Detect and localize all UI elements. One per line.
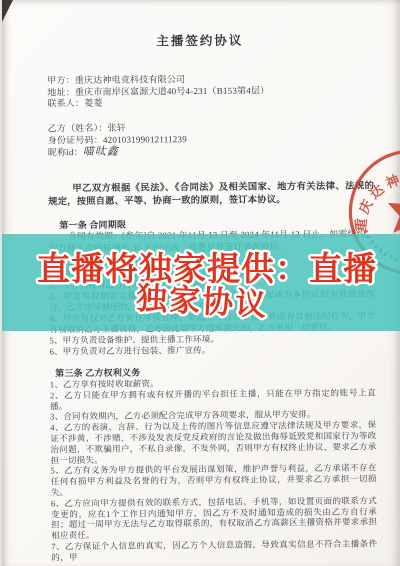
contract-title: 主播签约协议 <box>0 34 400 48</box>
watermark-text: 直播将独家提供：直播 独家协议 <box>2 236 400 328</box>
section3-items: 1、乙方享有按时收取薪资。 2、乙方只能在甲方拥有或有权开播的平台担任主播，只能… <box>50 376 378 562</box>
party-a-contact: 联系人：菱菱 <box>47 96 373 110</box>
party-b-nickname-line: 昵称id：喵呔鑫 <box>48 144 374 159</box>
section3-item: 7、乙方保证个人信息的真实，因乙方个人信息造假，导致真实信息不符合主播条件的，甲 <box>51 538 377 562</box>
nickname-handwritten: 喵呔鑫 <box>83 145 119 158</box>
nickname-label: 昵称id： <box>48 147 83 157</box>
section3-item: 2、乙方只能在甲方拥有或有权开播的平台担任主播，只能在甲方指定的账号上直播。 <box>50 387 376 411</box>
photo-background: 主播签约协议 甲方：重庆达神电竞科技有限公司 地址：重庆市南岸区富源大道40号4… <box>0 0 400 566</box>
party-b-block: 乙方（姓名）：张轩 身份证号码：420103199012111239 昵称id：… <box>48 120 374 159</box>
watermark-line2: 独家协议 <box>135 281 269 323</box>
contract-paper: 主播签约协议 甲方：重庆达神电竞科技有限公司 地址：重庆市南岸区富源大道40号4… <box>2 0 400 566</box>
section3-item: 5、乙方有义务为甲方提供的平台发展出谋划策，维护声誉与利益，乙方承诺不存在任何有… <box>51 463 377 498</box>
preamble-paragraph: 甲乙双方根据《民法》、《合同法》及相关国家、地方有关法律、法规的规定，按照自愿、… <box>48 180 374 208</box>
section2-item: 6、甲方负责对乙方进行包装、推广宣传。 <box>50 343 376 357</box>
section3-item: 4、乙方的表演、言辞、行为以及上传的图片等信息应遵守法律法规及甲方要求，保证不涉… <box>50 420 376 466</box>
party-a-block: 甲方：重庆达神电竞科技有限公司 地址：重庆市南岸区富源大道40号4-231（B1… <box>47 72 373 110</box>
section3-item: 6、乙方应向甲方提供有效的联系方式，包括电话、手机等，如设置页面的联系方式变更的… <box>51 495 377 541</box>
watermark-line1: 直播将独家提供：直播 <box>37 250 377 287</box>
